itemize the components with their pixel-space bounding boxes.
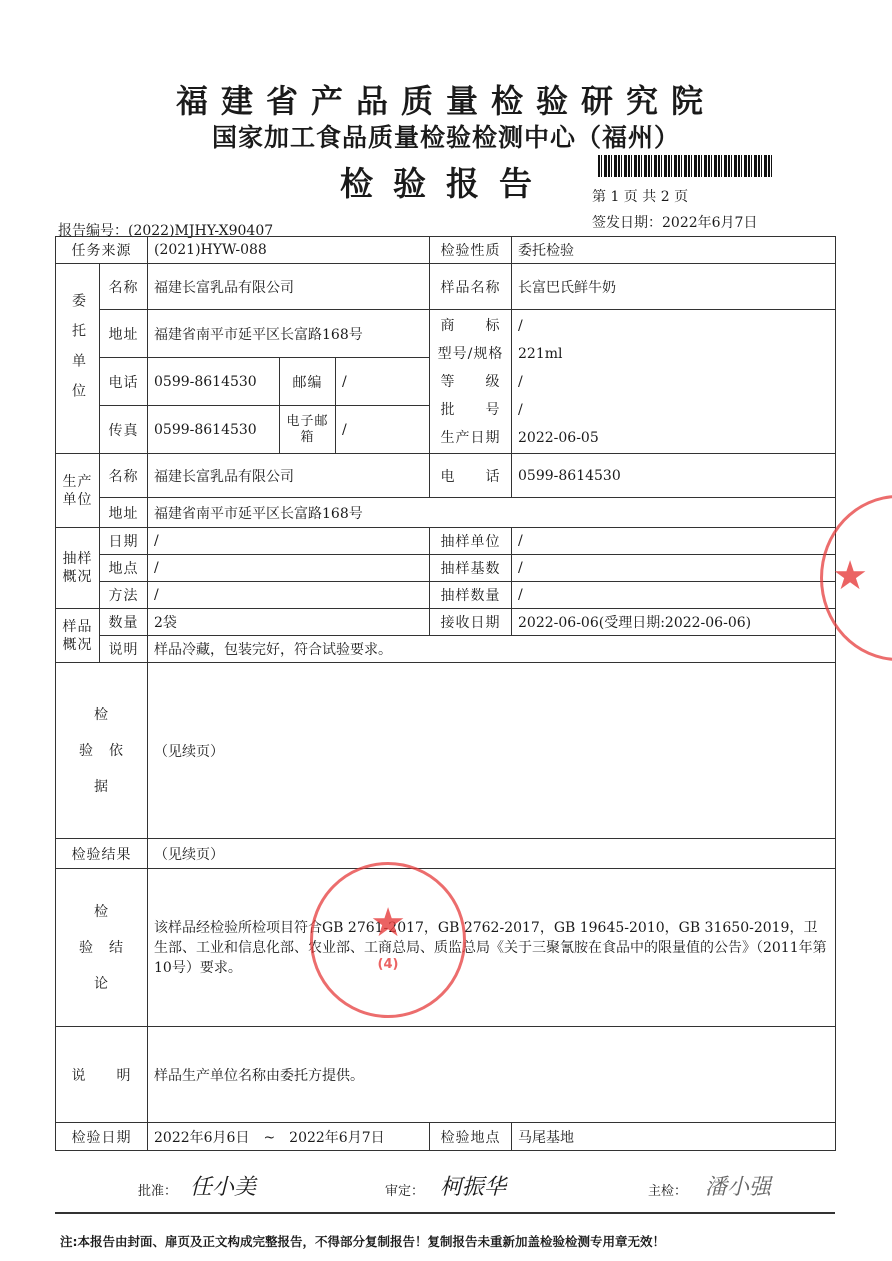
- institute-title: 福建省产品质量检验研究院: [0, 76, 892, 122]
- sampling-place-value: /: [148, 555, 430, 582]
- sample-note-value: 样品冷藏，包装完好，符合试验要求。: [148, 636, 836, 663]
- barcode: [598, 155, 774, 177]
- sampling-method-label: 方法: [100, 582, 148, 609]
- remark-text: 样品生产单位名称由委托方提供。: [148, 1027, 836, 1123]
- client-name-value: 福建长富乳品有限公司: [148, 264, 430, 310]
- review-signature: 柯振华: [440, 1170, 506, 1201]
- recv-date-value: 2022-06-06(受理日期:2022-06-06): [512, 609, 836, 636]
- footer-divider: [55, 1212, 835, 1214]
- sample-attr-labels: 商 标 型号/规格 等 级 批 号 生产日期: [430, 310, 512, 454]
- client-phone-value: 0599-8614530: [148, 358, 280, 406]
- batch-label: 批 号: [436, 396, 505, 424]
- sampling-date-value: /: [148, 528, 430, 555]
- sample-overview-label: 样品概况: [56, 609, 100, 663]
- sampling-unit-label: 抽样单位: [430, 528, 512, 555]
- sampling-base-label: 抽样基数: [430, 555, 512, 582]
- recv-date-label: 接收日期: [430, 609, 512, 636]
- issue-date-label: 签发日期：: [592, 215, 662, 231]
- client-address-value: 福建省南平市延平区长富路168号: [148, 310, 430, 358]
- star-icon: ★: [313, 903, 463, 943]
- main-inspector-signature: 潘小强: [705, 1170, 771, 1201]
- result-value: （见续页）: [148, 839, 836, 869]
- client-address-label: 地址: [100, 310, 148, 358]
- sample-note-label: 说明: [100, 636, 148, 663]
- sample-qty-value: 2袋: [148, 609, 430, 636]
- client-group-label: 委托单位: [56, 264, 100, 454]
- issue-date-value: 2022年6月7日: [662, 215, 757, 231]
- sampling-unit-value: /: [512, 528, 836, 555]
- sampling-date-label: 日期: [100, 528, 148, 555]
- spec-label: 型号/规格: [436, 340, 505, 368]
- client-fax-value: 0599-8614530: [148, 406, 280, 454]
- footnote: 注:本报告由封面、扉页及正文构成完整报告，不得部分复制报告！复制报告未重新加盖检…: [60, 1232, 665, 1250]
- approve-signature: 任小美: [190, 1170, 256, 1201]
- producer-address-label: 地址: [100, 498, 148, 528]
- client-fax-label: 传真: [100, 406, 148, 454]
- producer-address-value: 福建省南平市延平区长富路168号: [148, 498, 836, 528]
- producer-phone-value: 0599-8614530: [512, 454, 836, 498]
- grade-value: /: [518, 368, 829, 396]
- sample-attr-values: / 221ml / / 2022-06-05: [512, 310, 836, 454]
- task-source-value: (2021)HYW-088: [148, 237, 430, 264]
- sample-name-label: 样品名称: [430, 264, 512, 310]
- page-info: 第 1 页 共 2 页: [592, 186, 688, 206]
- email-value: /: [336, 406, 430, 454]
- star-icon-edge: ★: [727, 556, 892, 596]
- official-stamp: ★ (4): [310, 862, 466, 1018]
- sampling-method-value: /: [148, 582, 430, 609]
- sample-name-value: 长富巴氏鲜牛奶: [512, 264, 836, 310]
- producer-group-label: 生产单位: [56, 454, 100, 528]
- nature-label: 检验性质: [430, 237, 512, 264]
- client-name-label: 名称: [100, 264, 148, 310]
- producer-name-value: 福建长富乳品有限公司: [148, 454, 430, 498]
- prod-date-value: 2022-06-05: [518, 424, 829, 452]
- issue-date: 签发日期：2022年6月7日: [592, 212, 757, 232]
- sample-qty-label: 数量: [100, 609, 148, 636]
- sampling-qty-label: 抽样数量: [430, 582, 512, 609]
- spec-value: 221ml: [518, 340, 829, 368]
- grade-label: 等 级: [436, 368, 505, 396]
- basis-value: （见续页）: [148, 663, 836, 839]
- postcode-value: /: [336, 358, 430, 406]
- remark-label: 说 明: [56, 1027, 148, 1123]
- report-table: 任务来源 (2021)HYW-088 检验性质 委托检验 委托单位 名称 福建长…: [55, 236, 836, 1151]
- stamp-number: (4): [313, 957, 463, 972]
- review-label: 审定：: [385, 1180, 424, 1199]
- sampling-place-label: 地点: [100, 555, 148, 582]
- result-label: 检验结果: [56, 839, 148, 869]
- test-site-value: 马尾基地: [512, 1123, 836, 1151]
- conclusion-label: 检 验 结 论: [56, 869, 148, 1027]
- main-inspector-label: 主检：: [648, 1180, 687, 1199]
- email-label: 电子邮箱: [280, 406, 336, 454]
- batch-value: /: [518, 396, 829, 424]
- approve-label: 批准：: [138, 1180, 177, 1199]
- postcode-label: 邮编: [280, 358, 336, 406]
- test-date-value: 2022年6月6日 ~ 2022年6月7日: [148, 1123, 430, 1151]
- task-source-label: 任务来源: [56, 237, 148, 264]
- brand-label: 商 标: [436, 312, 505, 340]
- basis-label: 检 验 依 据: [56, 663, 148, 839]
- center-title: 国家加工食品质量检验检测中心（福州）: [0, 118, 892, 154]
- producer-phone-label: 电 话: [430, 454, 512, 498]
- client-group-text: 委托单位: [62, 293, 94, 413]
- conclusion-text: 该样品经检验所检项目符合GB 2761-2017，GB 2762-2017，GB…: [148, 869, 836, 1027]
- sampling-group-label: 抽样概况: [56, 528, 100, 609]
- nature-value: 委托检验: [512, 237, 836, 264]
- brand-value: /: [518, 312, 829, 340]
- producer-name-label: 名称: [100, 454, 148, 498]
- prod-date-label: 生产日期: [436, 424, 505, 452]
- client-phone-label: 电话: [100, 358, 148, 406]
- test-date-label: 检验日期: [56, 1123, 148, 1151]
- test-site-label: 检验地点: [430, 1123, 512, 1151]
